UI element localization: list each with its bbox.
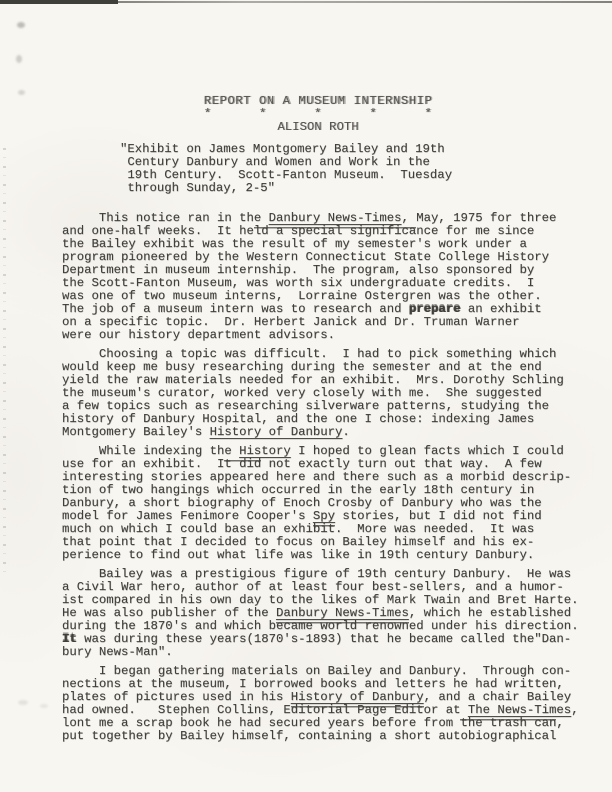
text-run: ed under his direction.: [409, 619, 579, 633]
text-run: the museum's curator, worked very closel…: [62, 386, 542, 400]
text-run: , which he established: [409, 606, 571, 620]
paragraph: While indexing the History I hoped to gl…: [62, 445, 574, 562]
paragraph: Choosing a topic was difficult. I had to…: [62, 348, 574, 439]
underlined-title-text: The News-Times: [468, 703, 571, 717]
text-run: that point that I decided to focus on Ba…: [62, 535, 534, 549]
text-run: I hoped to glean facts which I could: [291, 444, 564, 458]
overtyped-correction-text: It: [62, 632, 77, 646]
text-run: Montgomery Bailey's: [62, 425, 210, 439]
text-run: on a specific topic. Dr. Herbert Janick …: [62, 315, 520, 329]
strike-artifact-text: the trash can: [460, 716, 556, 730]
text-run: This notice ran in the: [62, 211, 269, 225]
text-run: . More was needed. It was: [335, 522, 534, 536]
document-heading: REPORT ON A MUSEUM INTERNSHIP * * * * * …: [62, 95, 574, 134]
underlined-title-text: History: [239, 444, 291, 458]
text-line: were our history department advisors.: [62, 329, 574, 342]
text-run: ist compared in his own day to the likes…: [62, 593, 579, 607]
text-run: model for James Fenimore Cooper's: [62, 509, 313, 523]
text-run: ,: [571, 703, 578, 717]
text-run: ,: [556, 716, 563, 730]
text-run: yield the raw materials needed for an ex…: [62, 373, 564, 387]
scan-edge-top-dark-bar: [0, 0, 118, 4]
underlined-title-text: History of Danbury: [210, 425, 343, 439]
scan-smudge: [18, 700, 28, 705]
text-run: nce for me since: [416, 224, 534, 238]
document-content: REPORT ON A MUSEUM INTERNSHIP * * * * * …: [62, 95, 574, 743]
text-line: put together by Bailey himself, containi…: [62, 730, 574, 743]
text-run: .: [342, 425, 349, 439]
text-run: lont me a scrap book he had secured year…: [62, 716, 460, 730]
scan-smudge: [18, 90, 25, 95]
text-run: much on which I could base an exhi: [62, 522, 313, 536]
text-run: interesting stories appeared here and th…: [62, 470, 571, 484]
text-run: He was also publisher of the: [62, 606, 276, 620]
notice-line: through Sunday, 2-5": [120, 182, 574, 195]
notice-block: "Exhibit on James Montgomery Bailey and …: [120, 143, 574, 195]
text-run: bury News-Man".: [62, 645, 173, 659]
text-run: an exhibit: [461, 302, 542, 316]
paragraph: Bailey was a prestigious figure of 19th …: [62, 568, 574, 659]
text-run: Danbury, a short biography of Enoch Cros…: [62, 496, 542, 510]
scan-left-speckles: [3, 148, 6, 578]
text-run: program pioneered by the Western Connect…: [62, 250, 549, 264]
text-run: tion of two hangings which occurred in t…: [62, 483, 534, 497]
paragraph: This notice ran in the Danbury News-Time…: [62, 212, 574, 342]
text-run: was one of two museum interns, Lorraine …: [62, 289, 542, 303]
text-run: or at: [424, 703, 468, 717]
text-run: put together by Bailey himself, containi…: [62, 729, 556, 743]
text-run: would keep me busy researching during th…: [62, 360, 542, 374]
underlined-title-text: History of Danbury: [291, 690, 424, 704]
text-run: the Scott-Fanton Museum, was worth six u…: [62, 276, 534, 290]
text-run: Choosing a topic was difficult. I had to…: [62, 347, 556, 361]
overtyped-correction-text: prepare: [409, 302, 461, 316]
text-run: The job of a museum intern was to resear…: [62, 302, 409, 316]
paragraph: I began gathering materials on Bailey an…: [62, 665, 574, 743]
strike-artifact-text: ld a special significa: [254, 224, 416, 238]
strike-artifact-text: bit: [313, 522, 335, 536]
text-run: perience to find out what life was like …: [62, 548, 534, 562]
strike-artifact-text: ditorial Page Edit: [291, 703, 424, 717]
text-run: stories, but I did not find: [335, 509, 542, 523]
text-run: While indexing the: [62, 444, 239, 458]
text-run: Department in museum internship. The pro…: [62, 263, 534, 277]
scanned-page: REPORT ON A MUSEUM INTERNSHIP * * * * * …: [0, 0, 612, 792]
text-run: the Bailey exhibit was the result of my …: [62, 237, 527, 251]
text-run: , May, 1975 for three: [401, 211, 556, 225]
text-run: nections at the museum, I borrowed books…: [62, 677, 564, 691]
text-run: a few topics such as researching silverw…: [62, 399, 549, 413]
text-line: Montgomery Bailey's History of Danbury.: [62, 426, 574, 439]
strike-artifact-text: t did: [224, 457, 261, 471]
text-run: not exactly turn out that way. A few: [261, 457, 541, 471]
text-run: Bailey was a prestigious figure of 19th …: [62, 567, 571, 581]
text-run: during the 1870's and which b: [62, 619, 276, 633]
text-run: use for an exhibit. I: [62, 457, 224, 471]
underlined-title-text: Danbury News-Times: [269, 211, 402, 225]
text-run: had owned. Stephen Collins, E: [62, 703, 291, 717]
scan-smudge: [16, 55, 22, 63]
scan-smudge: [40, 704, 48, 708]
text-run: a Civil War hero, author of at least fou…: [62, 580, 564, 594]
text-run: I began gathering materials on Bailey an…: [62, 664, 571, 678]
text-run: plates of pictures used in his: [62, 690, 291, 704]
author-name: ALISON ROTH: [62, 121, 574, 134]
text-run: , and a chair Bailey: [424, 690, 572, 704]
text-line: perience to find out what life was like …: [62, 549, 574, 562]
text-run: and one-half weeks. It he: [62, 224, 254, 238]
text-run: was during these years(1870's-1893) that…: [77, 632, 571, 646]
text-run: were our history department advisors.: [62, 328, 335, 342]
underlined-title-text: Spy: [313, 509, 335, 523]
strike-artifact-text: ecame world renown: [276, 619, 409, 633]
document-body: This notice ran in the Danbury News-Time…: [62, 212, 574, 743]
text-run: history of Danbury Hospital, and the one…: [62, 412, 534, 426]
text-line: bury News-Man".: [62, 646, 574, 659]
underlined-title-text: Danbury News-Times: [276, 606, 409, 620]
scan-smudge: [17, 22, 25, 28]
